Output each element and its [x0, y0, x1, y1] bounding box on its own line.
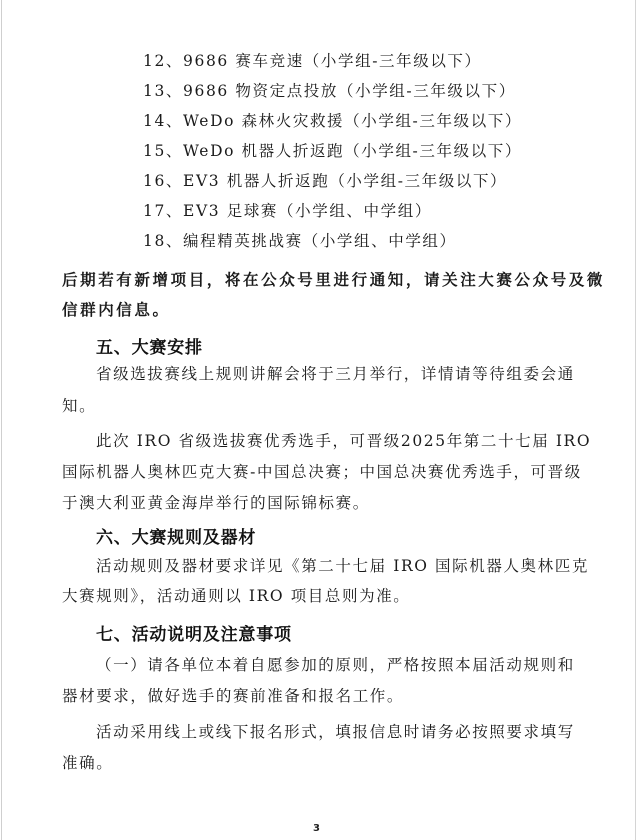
section-6-heading: 六、大赛规则及器材 — [96, 528, 256, 548]
section-5-para-2-line-1: 此次 IRO 省级选拔赛优秀选手，可晋级2025年第二十七届 IRO — [96, 431, 591, 451]
project-item-13: 13、9686 物资定点投放（小学组-三年级以下） — [143, 81, 516, 101]
page-number: 3 — [313, 823, 320, 834]
document-page: 12、9686 赛车竞速（小学组-三年级以下） 13、9686 物资定点投放（小… — [0, 0, 637, 840]
project-item-17: 17、EV3 足球赛（小学组、中学组） — [143, 201, 432, 221]
section-7-para-2-line-2: 准确。 — [62, 753, 113, 773]
section-5-para-1-line-1: 省级选拔赛线上规则讲解会将于三月举行，详情请等待组委会通 — [96, 364, 575, 384]
section-7-para-1-line-1: （一）请各单位本着自愿参加的原则，严格按照本届活动规则和 — [96, 655, 575, 675]
project-item-16: 16、EV3 机器人折返跑（小学组-三年级以下） — [143, 171, 507, 191]
section-7-para-2-line-1: 活动采用线上或线下报名形式，填报信息时请务必按照要求填写 — [96, 722, 575, 742]
project-item-18: 18、编程精英挑战赛（小学组、中学组） — [143, 231, 457, 251]
section-6-para-1-line-1: 活动规则及器材要求详见《第二十七届 IRO 国际机器人奥林匹克 — [96, 556, 589, 576]
section-7-para-1-line-2: 器材要求，做好选手的赛前准备和报名工作。 — [62, 686, 404, 706]
section-5-heading: 五、大赛安排 — [96, 338, 203, 358]
section-5-para-2-line-2: 国际机器人奥林匹克大赛-中国总决赛；中国总决赛优秀选手，可晋级 — [62, 462, 582, 482]
section-5-para-1-line-2: 知。 — [62, 396, 96, 416]
section-7-heading: 七、活动说明及注意事项 — [96, 625, 292, 645]
section-5-para-2-line-3: 于澳大利亚黄金海岸举行的国际锦标赛。 — [62, 493, 370, 513]
notice-line-1: 后期若有新增项目，将在公众号里进行通知，请关注大赛公众号及微 — [62, 270, 605, 290]
project-item-12: 12、9686 赛车竞速（小学组-三年级以下） — [143, 51, 482, 71]
project-item-15: 15、WeDo 机器人折返跑（小学组-三年级以下） — [143, 141, 522, 161]
section-6-para-1-line-2: 大赛规则》，活动通则以 IRO 项目总则为准。 — [62, 586, 410, 606]
project-item-14: 14、WeDo 森林火灾救援（小学组-三年级以下） — [143, 111, 522, 131]
notice-line-2: 信群内信息。 — [62, 300, 171, 320]
